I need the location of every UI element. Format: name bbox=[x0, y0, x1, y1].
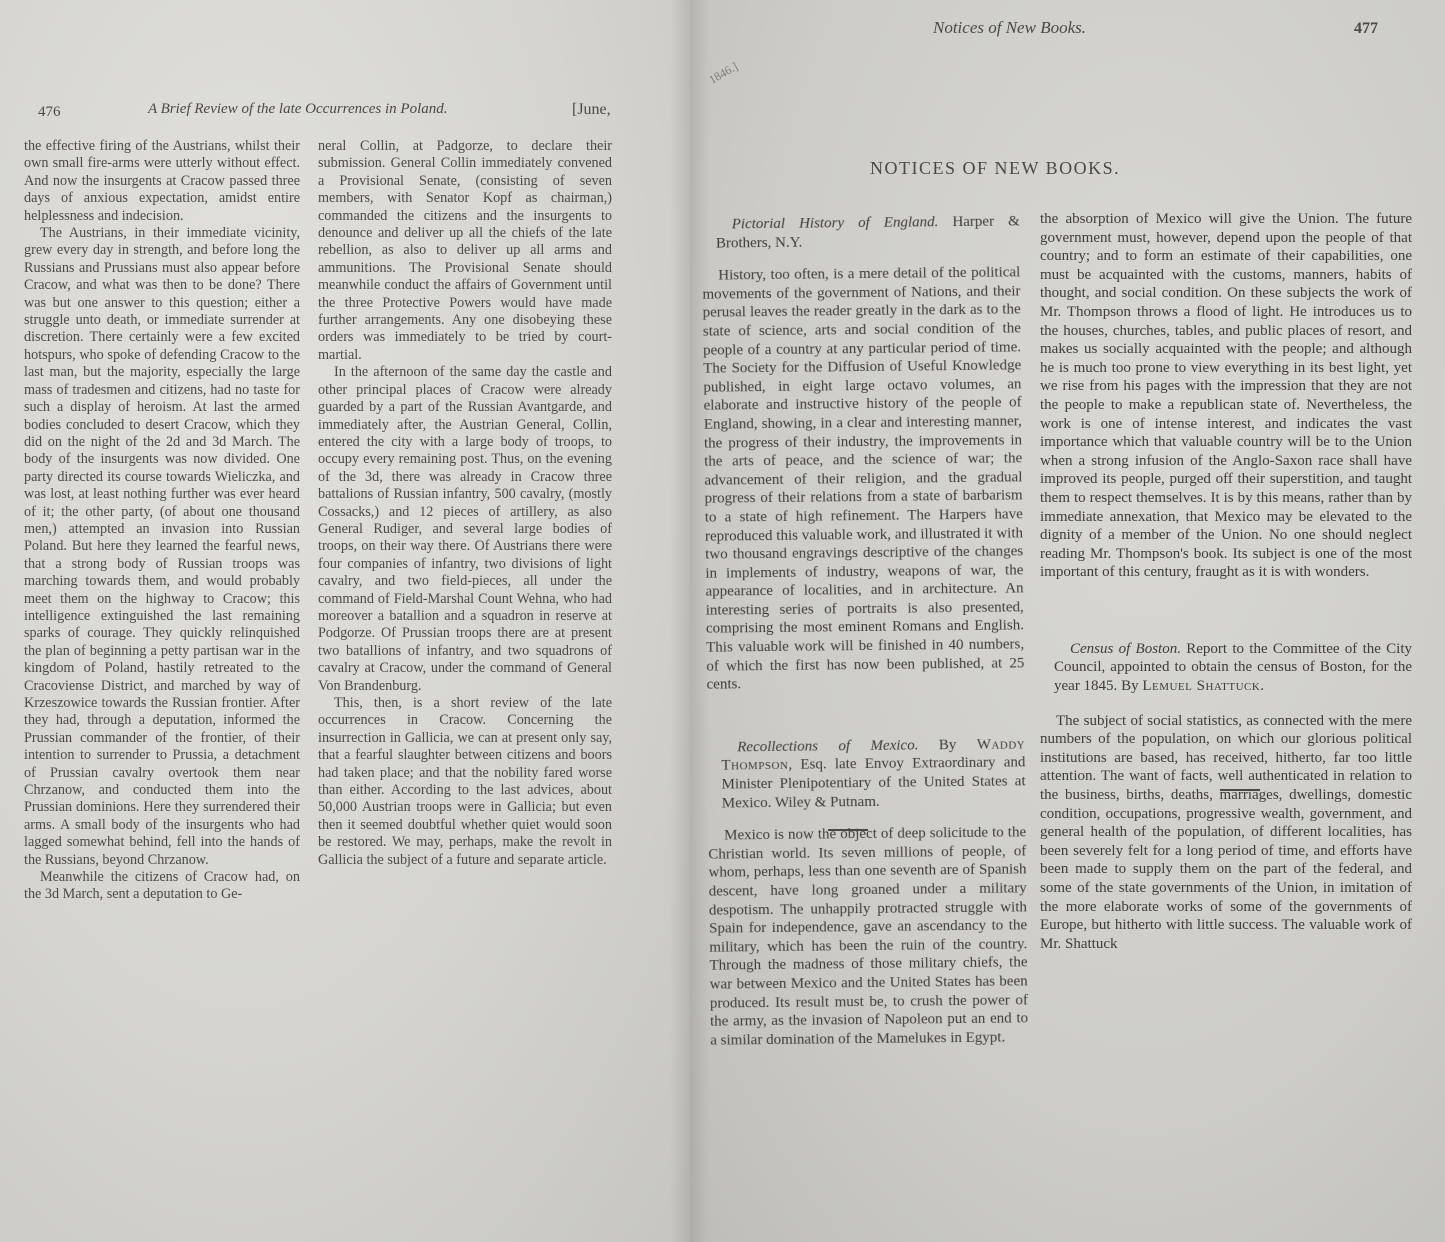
notice-heading: Recollections of Mexico. By Waddy Thomps… bbox=[707, 735, 1026, 813]
divider-rule bbox=[828, 829, 868, 831]
page-number-right: 477 bbox=[1354, 20, 1378, 38]
running-head-left: A Brief Review of the late Occurrences i… bbox=[148, 101, 448, 118]
paragraph: Mexico is now the object of deep solicit… bbox=[708, 824, 1028, 1050]
right-column-2: the absorption of Mexico will give the U… bbox=[1040, 210, 1412, 953]
paragraph: In the afternoon of the same day the cas… bbox=[318, 364, 612, 695]
running-date-left: [June, bbox=[572, 101, 611, 119]
paragraph: History, too often, is a mere detail of … bbox=[702, 264, 1024, 695]
paragraph: Meanwhile the citizens of Cracow had, on… bbox=[24, 869, 300, 904]
paragraph: The Austrians, in their immediate vicini… bbox=[24, 225, 300, 869]
paragraph: This, then, is a short review of the lat… bbox=[318, 695, 612, 869]
right-page: Notices of New Books. 477 1846.] Pictori… bbox=[690, 0, 1445, 1242]
notice-heading: Census of Boston. Report to the Committe… bbox=[1040, 640, 1412, 696]
right-column-1: Pictorial History of England. Harper & B… bbox=[702, 212, 1029, 1050]
paragraph: the absorption of Mexico will give the U… bbox=[1040, 210, 1412, 582]
paragraph: neral Collin, at Padgorze, to declare th… bbox=[318, 138, 612, 364]
left-column-2: neral Collin, at Padgorze, to declare th… bbox=[318, 138, 612, 869]
left-page: 476 A Brief Review of the late Occurrenc… bbox=[0, 0, 690, 1242]
author: Lemuel Shattuck. bbox=[1142, 678, 1264, 694]
notice-heading: Pictorial History of England. Harper & B… bbox=[702, 212, 1020, 253]
book-title: Pictorial History of England. bbox=[732, 214, 939, 232]
left-column-1: the effective firing of the Austrians, w… bbox=[24, 138, 300, 904]
page-number-left: 476 bbox=[38, 104, 61, 121]
publisher: Wiley & Putnam. bbox=[775, 793, 880, 810]
paragraph: The subject of social statistics, as con… bbox=[1040, 712, 1412, 954]
paragraph: the effective firing of the Austrians, w… bbox=[24, 138, 300, 225]
section-title: NOTICES OF NEW BOOKS. bbox=[870, 158, 1120, 179]
year-marker: 1846.] bbox=[706, 59, 740, 87]
book-title: Census of Boston. bbox=[1070, 641, 1181, 657]
book-gutter bbox=[670, 0, 710, 1242]
book-title: Recollections of Mexico. bbox=[737, 737, 918, 755]
running-head-right: Notices of New Books. bbox=[933, 18, 1086, 38]
